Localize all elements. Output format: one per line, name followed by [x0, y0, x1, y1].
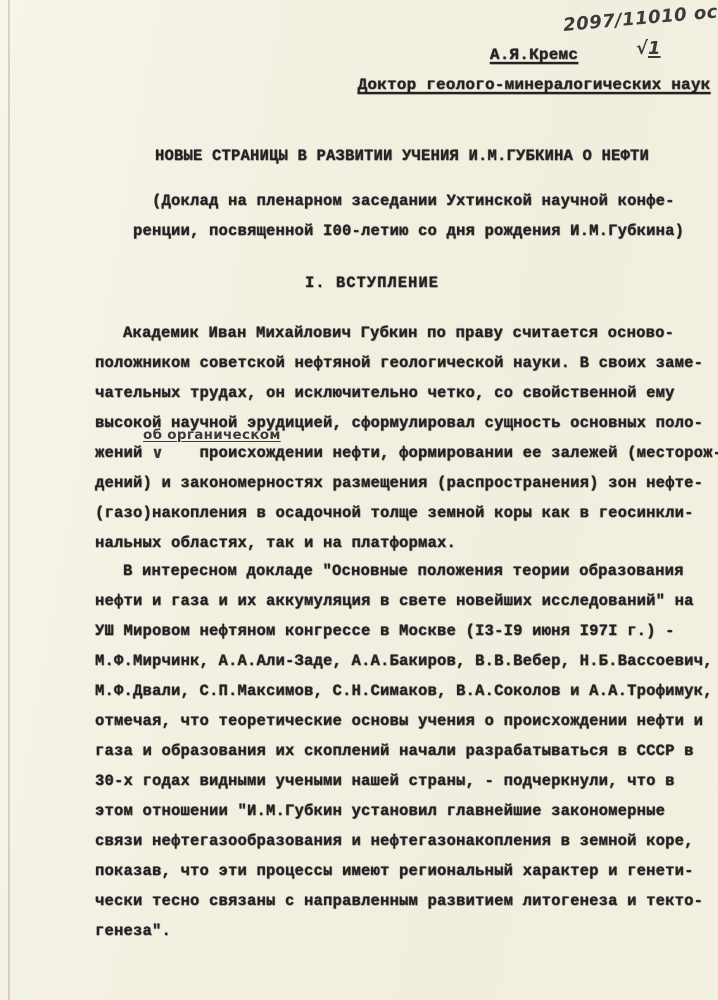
subtitle-line: ренции, посвященной I00-летию со дня рож…: [95, 216, 715, 246]
typed-line: нефти и газа и их аккумуляция в свете но…: [95, 586, 717, 616]
paper-edge-line: [8, 0, 10, 1000]
typed-line: положником советской нефтяной геологичес…: [95, 348, 717, 378]
typed-line: УШ Мировом нефтяном конгрессе в Москве (…: [95, 616, 717, 646]
typed-line: нальных областях, так и на платформах.: [95, 528, 717, 558]
byline: А.Я.Кремс Доктор геолого-минералогически…: [353, 40, 715, 100]
typed-line: газа и образования их скоплений начали р…: [95, 736, 717, 766]
typed-line: М.Ф.Мирчинк, А.А.Али-Заде, А.А.Бакиров, …: [95, 646, 717, 676]
document-title: НОВЫЕ СТРАНИЦЫ В РАЗВИТИИ УЧЕНИЯ И.М.ГУБ…: [95, 141, 709, 171]
handwritten-insert: об органическом: [143, 427, 281, 443]
typed-line: В интересном докладе "Основные положения…: [95, 556, 717, 586]
typed-line: М.Ф.Двали, С.П.Максимов, С.Н.Симаков, В.…: [95, 676, 717, 706]
typed-line: генеза".: [95, 916, 717, 946]
typed-line: 30-х годах видными учеными нашей страны,…: [95, 766, 717, 796]
typed-line: отмечая, что теоретические основы учения…: [95, 706, 717, 736]
typed-line: связи нефтегазообразования и нефтегазона…: [95, 826, 717, 856]
typed-line: (газо)накопления в осадочной толще земно…: [95, 498, 717, 528]
section-heading: I. ВСТУПЛЕНИЕ: [95, 268, 718, 298]
archive-reference-handwriting: 2097/11010 осн.ф: [562, 1, 718, 36]
typed-line: чески тесно связаны с направленным разви…: [95, 886, 717, 916]
typed-line: Академик Иван Михайлович Губкин по праву…: [95, 318, 717, 348]
typed-line: этом отношении "И.М.Губкин установил гла…: [95, 796, 717, 826]
author-name: А.Я.Кремс: [353, 40, 715, 70]
typed-line: дений) и закономерностях размещения (рас…: [95, 468, 717, 498]
document-subtitle: (Доклад на пленарном заседании Ухтинской…: [95, 186, 715, 246]
insert-caret-mark: ∨: [151, 443, 164, 462]
typed-line: чательных трудах, он исключительно четко…: [95, 378, 717, 408]
paragraph-2: В интересном докладе "Основные положения…: [95, 556, 717, 946]
author-credential: Доктор геолого-минералогических наук: [353, 70, 715, 100]
typed-line: показав, что эти процессы имеют регионал…: [95, 856, 717, 886]
scanned-document-page: 2097/11010 осн.ф √1 А.Я.Кремс Доктор гео…: [0, 0, 718, 1000]
subtitle-line: (Доклад на пленарном заседании Ухтинской…: [95, 186, 715, 216]
